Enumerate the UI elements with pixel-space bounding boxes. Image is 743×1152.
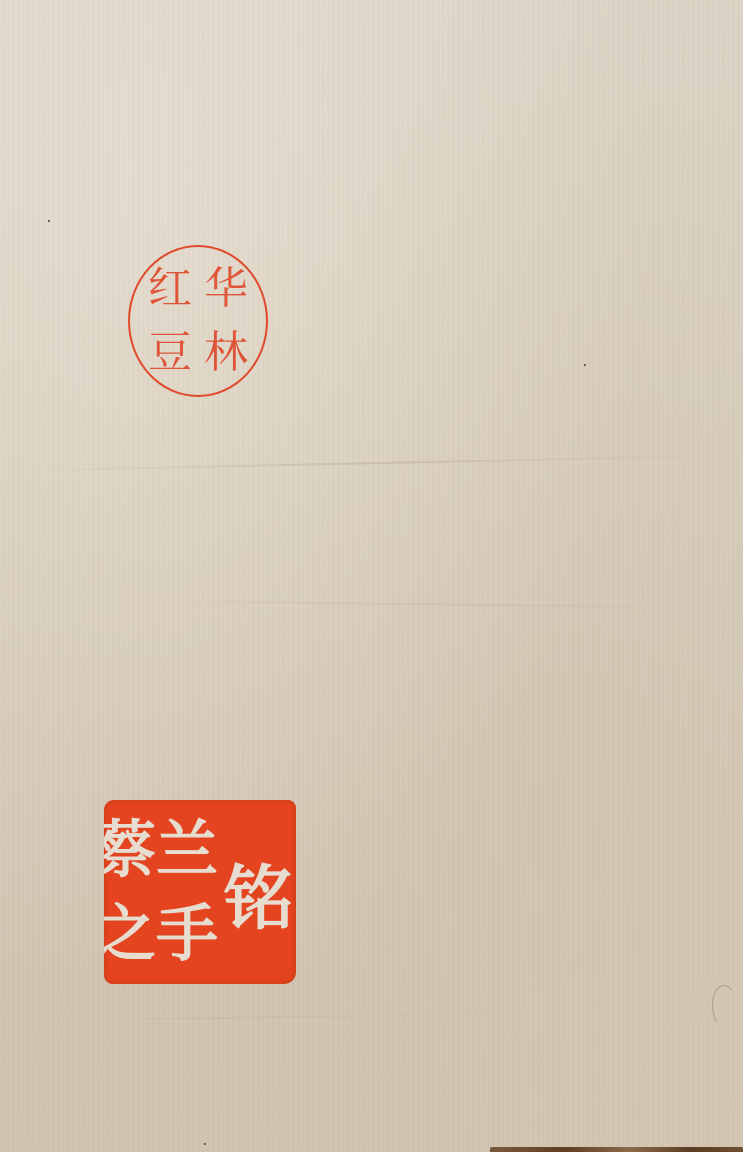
seal-character: 华 <box>198 257 254 321</box>
paper-sheet: 华 林 红 豆 铭 兰 手 蔡 之 <box>0 0 743 1152</box>
round-seal: 华 林 红 豆 <box>128 245 268 397</box>
square-seal: 铭 兰 手 蔡 之 <box>104 800 296 984</box>
seal-character: 蔡 <box>104 808 156 892</box>
paper-stain <box>712 985 736 1027</box>
paper-crease <box>0 1013 520 1022</box>
seal-character: 兰 <box>156 808 218 892</box>
seal-character: 红 <box>142 257 198 321</box>
paper-crease <box>0 454 743 472</box>
seal-character: 豆 <box>142 321 198 385</box>
paper-speck <box>584 364 586 366</box>
square-seal-glyphs: 铭 兰 手 蔡 之 <box>112 808 288 976</box>
seal-character: 林 <box>198 321 254 385</box>
seal-character: 之 <box>104 892 156 976</box>
paper-speck <box>204 1143 206 1145</box>
seal-character: 手 <box>156 892 218 976</box>
seal-character: 铭 <box>218 808 288 976</box>
round-seal-glyphs: 华 林 红 豆 <box>142 257 254 385</box>
mounting-edge <box>490 1147 743 1152</box>
paper-speck <box>48 220 50 222</box>
paper-crease <box>120 600 720 608</box>
